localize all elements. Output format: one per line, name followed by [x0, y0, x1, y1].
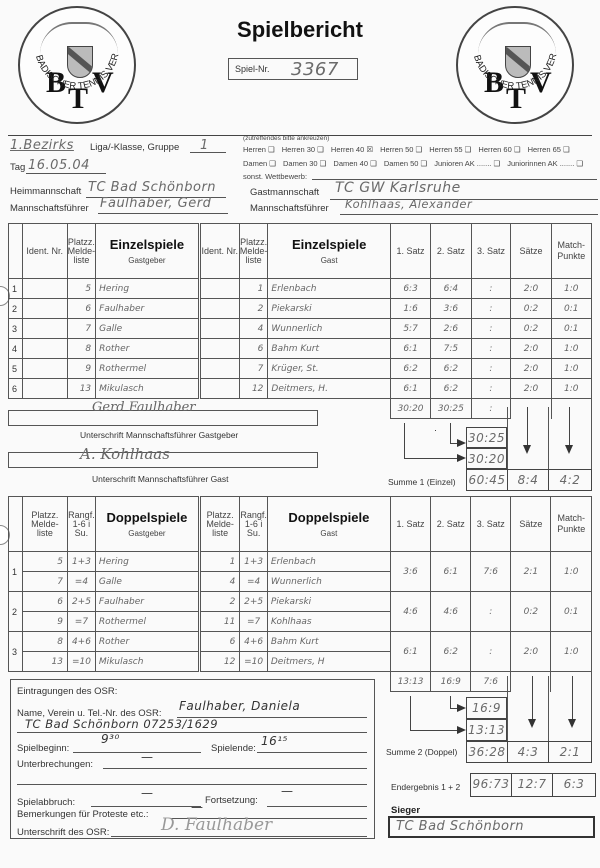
saetze-score[interactable]: 2:1	[511, 552, 551, 592]
tag-line	[26, 160, 106, 174]
saetze-score[interactable]: 2:0	[511, 279, 551, 299]
einzel-row: 613Mikulasch12Deitmers, H.6:16:2:2:01:0	[9, 379, 592, 399]
saetze-score[interactable]: 2:0	[511, 632, 551, 672]
doppel-table: Platzz. Melde- liste Rangf. 1-6 i Su. Do…	[8, 496, 592, 692]
doppel-row: 262+5Faulhaber22+5Piekarski4:64:6:0:20:1	[9, 592, 592, 612]
ident-cell[interactable]	[199, 359, 239, 379]
guest-rang[interactable]: 2+5	[240, 592, 268, 612]
ident-cell[interactable]	[199, 299, 239, 319]
header-satz2: 2. Satz	[431, 224, 471, 279]
header-doppel-gastgeber: DoppelspieleGastgeber	[95, 497, 199, 552]
sieger-value[interactable]: TC Bad Schönborn	[388, 816, 595, 838]
home-platz[interactable]: 9	[67, 359, 96, 379]
saetze-score[interactable]: 0:2	[511, 299, 551, 319]
satz3-score[interactable]: :	[471, 359, 511, 379]
home-player[interactable]: Hering	[96, 279, 200, 299]
arrow-right-icon	[457, 704, 466, 712]
home-player[interactable]: Faulhaber	[95, 592, 199, 612]
ident-cell[interactable]	[22, 279, 67, 299]
ident-cell[interactable]	[22, 379, 67, 399]
ident-cell[interactable]	[199, 319, 239, 339]
summe2-label: Summe 2 (Doppel)	[386, 747, 457, 757]
row-number: 5	[9, 359, 23, 379]
sig-heim: Gerd Faulhaber	[92, 400, 196, 415]
satz2-score[interactable]: 6:4	[431, 279, 471, 299]
home-player[interactable]: Rothermel	[95, 612, 199, 632]
saetze-score[interactable]: 0:2	[511, 319, 551, 339]
home-platz[interactable]: 13	[67, 379, 96, 399]
doppel-sub-gast: Gast	[268, 529, 390, 538]
guest-platz[interactable]: 7	[239, 359, 268, 379]
matchpunkte-score[interactable]: 1:0	[551, 279, 591, 299]
home-player[interactable]: Galle	[95, 572, 199, 592]
home-player[interactable]: Rother	[95, 632, 199, 652]
home-rang[interactable]: =4	[67, 572, 95, 592]
category-row-1: Herren ❑ Herren 30 ❑ Herren 40 ☒ Herren …	[243, 145, 598, 154]
row-number: 2	[9, 299, 23, 319]
guest-platz[interactable]: 2	[199, 592, 239, 612]
home-platz[interactable]: 7	[22, 572, 67, 592]
matchpunkte-score[interactable]: 0:1	[551, 299, 591, 319]
osr-unterbrechungen-label: Unterbrechungen:	[17, 759, 93, 770]
guest-platz[interactable]: 11	[199, 612, 239, 632]
osr-unterbrechungen-value[interactable]: —	[141, 750, 154, 764]
arrow-down-icon	[532, 676, 533, 726]
home-platz[interactable]: 8	[22, 632, 67, 652]
guest-player[interactable]: Bahm Kurt	[268, 339, 391, 359]
satz3-score[interactable]: :	[471, 299, 511, 319]
guest-platz[interactable]: 6	[239, 339, 268, 359]
arrow-down-icon	[569, 407, 570, 452]
guest-rang[interactable]: 4+6	[240, 632, 268, 652]
einzel-row: 26Faulhaber2Piekarski1:63:6:0:20:1	[9, 299, 592, 319]
satz1-score[interactable]: 6:1	[390, 379, 430, 399]
guest-platz[interactable]: 1	[199, 552, 239, 572]
saetze-score[interactable]: 0:2	[511, 592, 551, 632]
saetze-score[interactable]: 2:0	[511, 379, 551, 399]
arrow-right-icon	[457, 439, 466, 447]
guest-platz[interactable]: 2	[239, 299, 268, 319]
row-number: 4	[9, 339, 23, 359]
osr-abbruch-label: Spielabbruch:	[17, 797, 75, 808]
row-number: 2	[9, 592, 23, 632]
header-platz: Platzz. Melde- liste	[22, 497, 67, 552]
header-platz: Platzz. Melde- liste	[67, 224, 96, 279]
guest-platz[interactable]: 6	[199, 632, 239, 652]
sonst-line[interactable]	[312, 166, 597, 180]
final-mp[interactable]: 6:3	[552, 773, 596, 797]
home-player[interactable]: Mikulasch	[95, 652, 199, 672]
checkbox-herren-60[interactable]: Herren 60 ❑	[478, 145, 520, 154]
total-satz2[interactable]: 30:25	[431, 399, 471, 419]
home-platz[interactable]: 6	[67, 299, 96, 319]
header-ident: Ident. Nr.	[199, 224, 239, 279]
doppel-title: Doppelspiele	[288, 510, 369, 525]
gruppe-line	[190, 139, 226, 153]
guest-player[interactable]: Bahm Kurt	[267, 632, 390, 652]
guest-player[interactable]: Krüger, St.	[268, 359, 391, 379]
doppel-sub-gastgeber: Gastgeber	[96, 529, 198, 538]
carry-line	[404, 423, 405, 458]
doppel-header-row: Platzz. Melde- liste Rangf. 1-6 i Su. Do…	[9, 497, 592, 552]
ident-cell[interactable]	[22, 359, 67, 379]
home-player[interactable]: Hering	[95, 552, 199, 572]
endergebnis-label: Endergebnis 1 + 2	[391, 782, 460, 792]
einzel-row: 37Galle4Wunnerlich5:72:6:0:20:1	[9, 319, 592, 339]
heim-label: Heimmannschaft	[10, 186, 81, 197]
matchpunkte-score[interactable]: 1:0	[551, 339, 591, 359]
satz1-score[interactable]: 5:7	[390, 319, 430, 339]
satz1-score[interactable]: 6:3	[390, 279, 430, 299]
guest-player[interactable]: Piekarski	[267, 592, 390, 612]
arrow-right-icon	[457, 454, 466, 462]
summe2-games[interactable]: 36:28	[466, 741, 508, 763]
einzel-row: 15Hering1Erlenbach6:36:4:2:01:0	[9, 279, 592, 299]
guest-platz[interactable]: 1	[239, 279, 268, 299]
guest-rang[interactable]: =4	[240, 572, 268, 592]
satz2-score[interactable]: 3:6	[431, 299, 471, 319]
home-rang[interactable]: =10	[67, 652, 95, 672]
arrow-down-icon	[527, 407, 528, 452]
header-platz: Platzz. Melde- liste	[199, 497, 239, 552]
sieger-label: Sieger	[391, 805, 420, 816]
row-number: 1	[9, 279, 23, 299]
home-player[interactable]: Mikulasch	[96, 379, 200, 399]
satz2-score[interactable]: 4:6	[431, 592, 471, 632]
satz1-score[interactable]: 6:1	[390, 632, 430, 672]
ident-cell[interactable]	[199, 279, 239, 299]
matchpunkte-score[interactable]: 1:0	[551, 632, 592, 672]
guest-player[interactable]: Kohlhaas	[267, 612, 390, 632]
gast-label: Gastmannschaft	[250, 187, 319, 198]
header-einzel-gastgeber: EinzelspieleGastgeber	[96, 224, 200, 279]
header-satz3: 3. Satz	[471, 224, 511, 279]
doppel-carry-1[interactable]: 16:9	[466, 697, 507, 719]
row-number: 6	[9, 379, 23, 399]
home-platz[interactable]: 8	[67, 339, 96, 359]
ident-cell[interactable]	[22, 319, 67, 339]
final-saetze[interactable]: 12:7	[511, 773, 553, 797]
guest-platz[interactable]: 12	[199, 652, 239, 672]
sig-heim-label: Unterschrift Mannschaftsführer Gastgeber	[80, 430, 238, 440]
satz3-score[interactable]: :	[471, 632, 511, 672]
header-satz2: 2. Satz	[431, 497, 471, 552]
satz1-score[interactable]: 4:6	[390, 592, 430, 632]
header-einzel-gast: EinzelspieleGast	[268, 224, 391, 279]
guest-player[interactable]: Deitmers, H	[267, 652, 390, 672]
header-match: Match- Punkte	[551, 224, 591, 279]
final-games[interactable]: 96:73	[470, 773, 512, 797]
header-ident: Ident. Nr.	[22, 224, 67, 279]
checkbox-herren[interactable]: Herren ❑	[243, 145, 275, 154]
einzel-title: Einzelspiele	[292, 237, 366, 252]
einzel-sub-gast: Gast	[268, 256, 390, 265]
satz1-score[interactable]: 3:6	[390, 552, 430, 592]
osr-verein-value[interactable]: TC Bad Schönborn 07253/1629	[25, 717, 218, 731]
osr-bemerkungen-value[interactable]: —	[191, 800, 204, 814]
total-satz1[interactable]: 30:20	[390, 399, 430, 419]
satz3-score[interactable]: :	[471, 319, 511, 339]
liga-value[interactable]: 1.Bezirks	[10, 138, 74, 153]
header-rang: Rangf. 1-6 i Su.	[67, 497, 95, 552]
spiel-nr-value: 3367	[291, 59, 339, 80]
matchpunkte-score[interactable]: 1:0	[551, 552, 592, 592]
row-number: 1	[9, 552, 23, 592]
home-rang[interactable]: =7	[67, 612, 95, 632]
satz2-score[interactable]: 6:1	[431, 552, 471, 592]
satz3-score[interactable]: :	[471, 279, 511, 299]
einzel-row: 59Rothermel7Krüger, St.6:26:2:2:01:0	[9, 359, 592, 379]
guest-platz[interactable]: 4	[199, 572, 239, 592]
header-platz: Platzz. Melde- liste	[239, 224, 268, 279]
sonst-label: sonst. Wettbewerb:	[243, 172, 307, 181]
liga-label: Liga/-Klasse, Gruppe	[90, 142, 179, 153]
einzel-header-row: Ident. Nr. Platzz. Melde- liste Einzelsp…	[9, 224, 592, 279]
ident-cell[interactable]	[199, 339, 239, 359]
header-rang: Rangf. 1-6 i Su.	[240, 497, 268, 552]
satz2-score[interactable]: 2:6	[431, 319, 471, 339]
einzel-title: Einzelspiele	[110, 237, 184, 252]
guest-player[interactable]: Piekarski	[268, 299, 391, 319]
doppel-row: 151+3Hering11+3Erlenbach3:66:17:62:11:0	[9, 552, 592, 572]
sig-gast: A. Kohlhaas	[80, 445, 170, 463]
ident-cell[interactable]	[22, 299, 67, 319]
guest-player[interactable]: Deitmers, H.	[268, 379, 391, 399]
home-platz[interactable]: 9	[22, 612, 67, 632]
total-satz3[interactable]: 7:6	[471, 672, 511, 692]
doppel-title: Doppelspiele	[106, 510, 187, 525]
einzel-carry-2[interactable]: 30:20	[466, 448, 507, 469]
osr-ende-label: Spielende:	[211, 743, 256, 754]
home-player[interactable]: Faulhaber	[96, 299, 200, 319]
guest-platz[interactable]: 4	[239, 319, 268, 339]
total-satz3[interactable]: :	[471, 399, 511, 419]
checkbox-herren-50[interactable]: Herren 50 ❑	[380, 145, 422, 154]
matchpunkte-score[interactable]: 1:0	[551, 379, 591, 399]
spiel-nr-label: Spiel-Nr.	[235, 64, 270, 74]
header-saetze: Sätze	[511, 224, 551, 279]
checkbox-hint: (zutreffendes bitte ankreuzen)	[243, 135, 329, 142]
header-saetze: Sätze	[511, 497, 551, 552]
arrow-down-icon	[572, 676, 573, 726]
home-platz[interactable]: 6	[22, 592, 67, 612]
total-satz1[interactable]: 13:13	[390, 672, 430, 692]
tag-label: Tag	[10, 162, 25, 173]
home-player[interactable]: Rother	[96, 339, 200, 359]
arrow-right-icon	[457, 726, 466, 734]
einzel-carry-1[interactable]: 30:25	[466, 427, 507, 448]
satz2-score[interactable]: 6:2	[431, 359, 471, 379]
guest-rang[interactable]: =10	[240, 652, 268, 672]
osr-section: Eintragungen des OSR: Name, Verein u. Te…	[10, 679, 375, 839]
satz2-score[interactable]: 6:2	[431, 379, 471, 399]
row-number: 3	[9, 632, 23, 672]
mf-gast-label: Mannschaftsführer	[250, 203, 329, 214]
satz3-score[interactable]: 7:6	[471, 552, 511, 592]
checkbox-herren-65[interactable]: Herren 65 ❑	[528, 145, 570, 154]
checkbox-herren-30[interactable]: Herren 30 ❑	[282, 145, 324, 154]
osr-unterschrift-label: Unterschrift des OSR:	[17, 827, 109, 838]
home-player[interactable]: Rothermel	[96, 359, 200, 379]
guest-rang[interactable]: =7	[240, 612, 268, 632]
home-rang[interactable]: 1+3	[67, 552, 95, 572]
satz3-score[interactable]: :	[471, 592, 511, 632]
summe1-saetze[interactable]: 8:4	[507, 469, 549, 491]
checkbox-damen[interactable]: Damen ❑	[243, 159, 276, 168]
header-satz1: 1. Satz	[390, 224, 430, 279]
guest-platz[interactable]: 12	[239, 379, 268, 399]
einzel-row: 48Rother6Bahm Kurt6:17:5:2:01:0	[9, 339, 592, 359]
guest-rang[interactable]: 1+3	[240, 552, 268, 572]
summe1-label: Summe 1 (Einzel)	[388, 477, 456, 487]
home-rang[interactable]: 2+5	[67, 592, 95, 612]
guest-player[interactable]: Wunnerlich	[268, 319, 391, 339]
satz1-score[interactable]: 6:2	[390, 359, 430, 379]
summe2-saetze[interactable]: 4:3	[507, 741, 549, 763]
guest-player[interactable]: Erlenbach	[268, 279, 391, 299]
einzel-table: Ident. Nr. Platzz. Melde- liste Einzelsp…	[8, 223, 592, 419]
satz2-score[interactable]: 6:2	[431, 632, 471, 672]
doppel-row: 384+6Rother64+6Bahm Kurt6:16:2:2:01:0	[9, 632, 592, 652]
summe2-mp[interactable]: 2:1	[548, 741, 592, 763]
header-match: Match- Punkte	[551, 497, 592, 552]
home-platz[interactable]: 5	[67, 279, 96, 299]
total-satz2[interactable]: 16:9	[431, 672, 471, 692]
satz1-score[interactable]: 6:1	[390, 339, 430, 359]
ident-cell[interactable]	[199, 379, 239, 399]
home-platz[interactable]: 5	[22, 552, 67, 572]
page-title: Spielbericht	[0, 17, 600, 43]
header-satz1: 1. Satz	[390, 497, 430, 552]
saetze-score[interactable]: 2:0	[511, 359, 551, 379]
checkbox-herren-40[interactable]: Herren 40 ☒	[331, 145, 373, 154]
osr-beginn-label: Spielbeginn:	[17, 743, 69, 754]
saetze-score[interactable]: 2:0	[511, 339, 551, 359]
osr-beginn-value[interactable]: 9³⁰	[101, 732, 120, 746]
guest-player[interactable]: Erlenbach	[267, 552, 390, 572]
osr-bemerkungen-label: Bemerkungen für Proteste etc.:	[17, 809, 148, 820]
header-satz3: 3. Satz	[471, 497, 511, 552]
summe1-games[interactable]: 60:45	[466, 469, 508, 491]
row-number: 3	[9, 319, 23, 339]
satz1-score[interactable]: 1:6	[390, 299, 430, 319]
osr-ende-value[interactable]: 16¹⁵	[261, 734, 288, 748]
osr-name-value[interactable]: Faulhaber, Daniela	[179, 699, 300, 713]
matchpunkte-score[interactable]: 0:1	[551, 319, 591, 339]
ident-cell[interactable]	[22, 339, 67, 359]
summe1-mp[interactable]: 4:2	[548, 469, 592, 491]
satz3-score[interactable]: :	[471, 379, 511, 399]
header-doppel-gast: DoppelspieleGast	[267, 497, 390, 552]
osr-title: Eintragungen des OSR:	[17, 686, 117, 697]
osr-fortsetzung-value[interactable]: —	[281, 784, 294, 798]
home-player[interactable]: Galle	[96, 319, 200, 339]
satz2-score[interactable]: 7:5	[431, 339, 471, 359]
checkbox-herren-55[interactable]: Herren 55 ❑	[429, 145, 471, 154]
mf-gast-line	[340, 201, 598, 215]
matchpunkte-score[interactable]: 0:1	[551, 592, 592, 632]
carry-line	[404, 458, 460, 459]
matchpunkte-score[interactable]: 1:0	[551, 359, 591, 379]
mf-heim-line	[98, 200, 228, 214]
satz3-score[interactable]: :	[471, 339, 511, 359]
mf-heim-label: Mannschaftsführer	[10, 203, 89, 214]
home-rang[interactable]: 4+6	[67, 632, 95, 652]
carry-line	[450, 423, 451, 443]
spiel-nr-box[interactable]: Spiel-Nr. 3367	[228, 58, 358, 80]
sig-gast-label: Unterschrift Mannschaftsführer Gast	[92, 474, 229, 484]
osr-fortsetzung-label: Fortsetzung:	[205, 795, 258, 806]
doppel-carry-2[interactable]: 13:13	[466, 719, 507, 741]
guest-player[interactable]: Wunnerlich	[267, 572, 390, 592]
osr-abbruch-value[interactable]: —	[141, 786, 154, 800]
home-platz[interactable]: 13	[22, 652, 67, 672]
home-platz[interactable]: 7	[67, 319, 96, 339]
einzel-sub-gastgeber: Gastgeber	[96, 256, 198, 265]
osr-signature: D. Faulhaber	[161, 815, 272, 835]
